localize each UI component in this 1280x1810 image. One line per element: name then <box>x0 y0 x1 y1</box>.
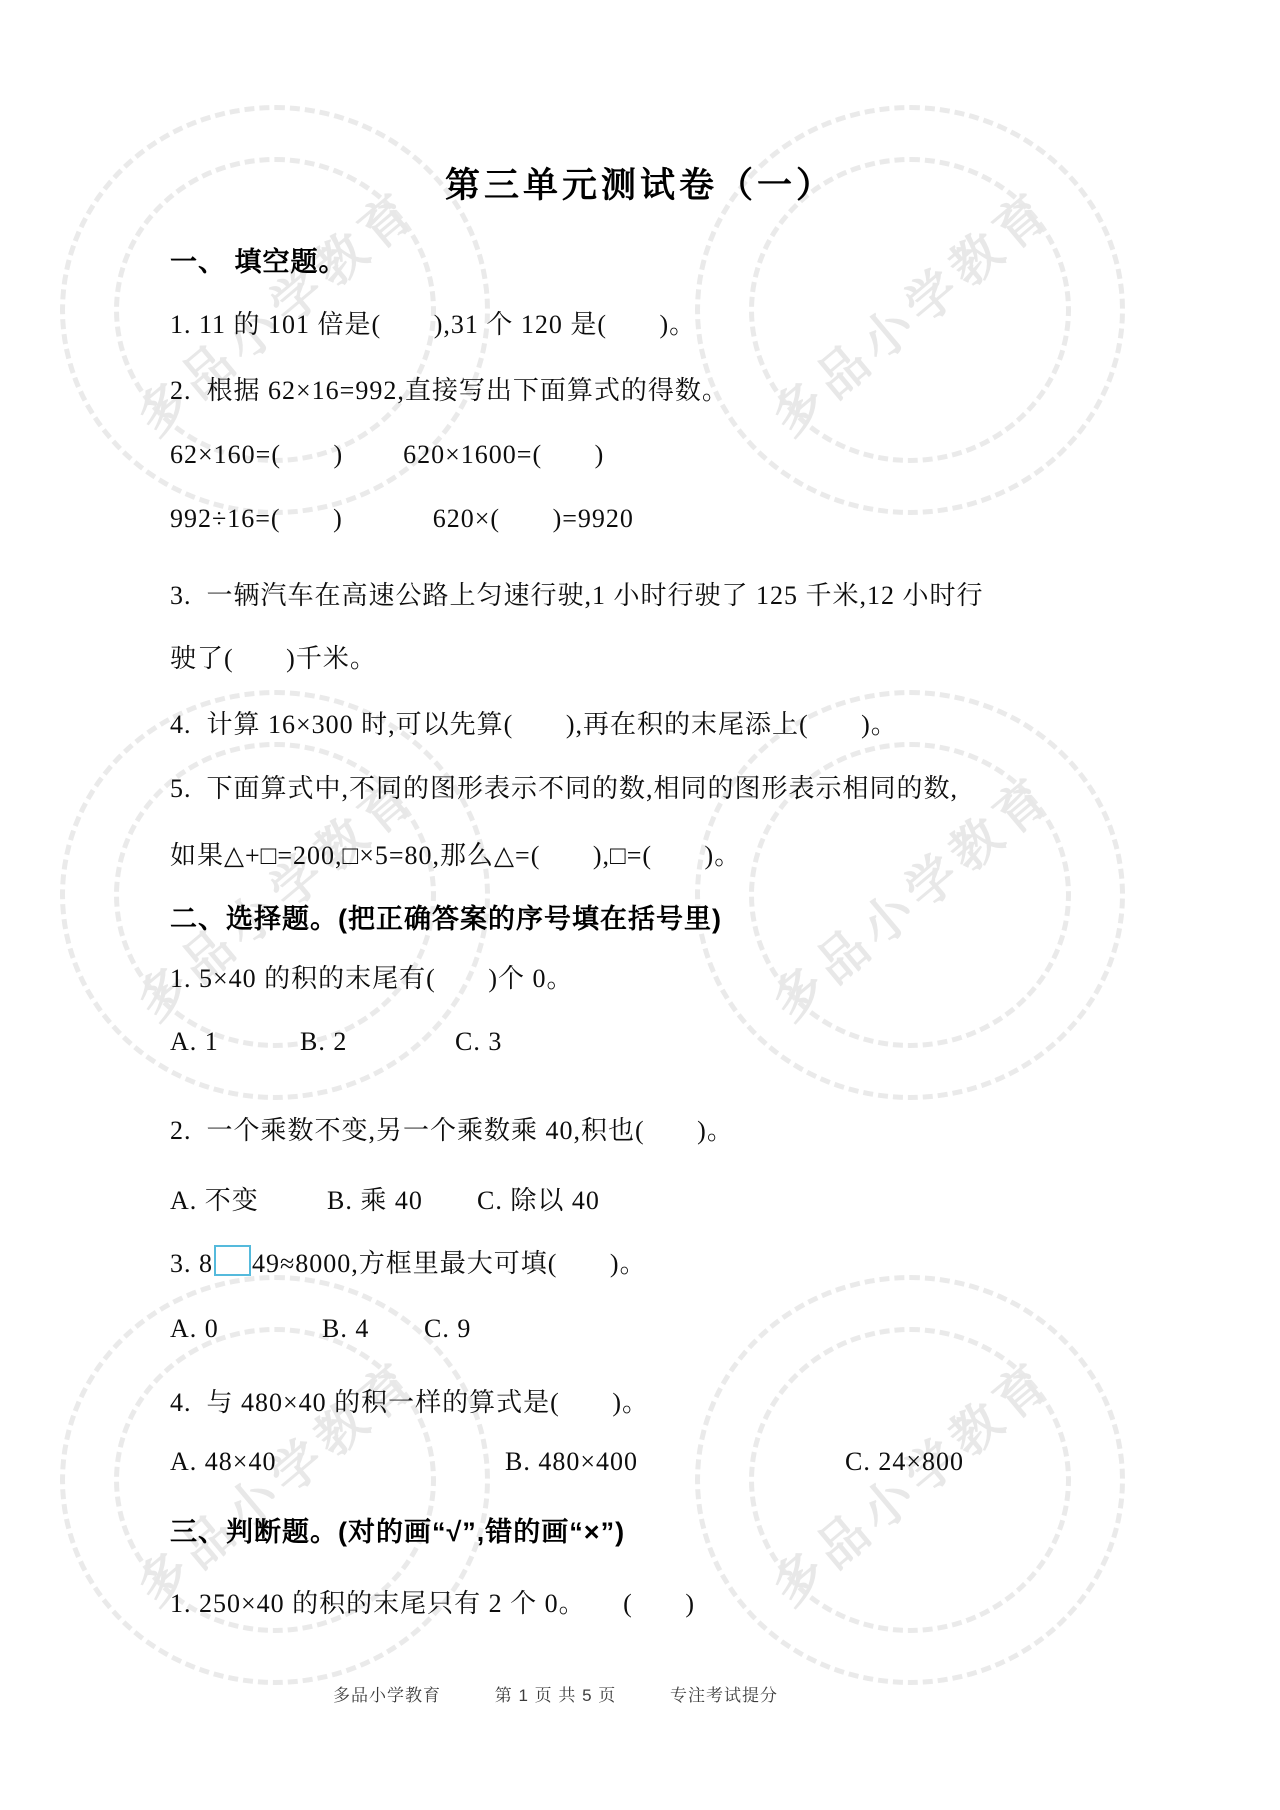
choice-q1: 1. 5×40 的积的末尾有( )个 0。 <box>170 958 573 995</box>
section-1-heading: 一、 填空题。 <box>170 240 347 279</box>
choice-q4-options: A. 48×40 B. 480×400 C. 24×800 <box>0 1447 1280 1483</box>
option-c: C. 3 <box>455 1027 502 1057</box>
fill-q2-line2: 992÷16=( ) 620×( )=9920 <box>170 504 634 534</box>
option-c: C. 9 <box>424 1314 471 1344</box>
option-a: A. 1 <box>170 1027 219 1057</box>
option-b: B. 乘 40 <box>327 1180 423 1217</box>
answer-box <box>214 1245 251 1276</box>
choice-q1-options: A. 1 B. 2 C. 3 <box>0 1027 1280 1063</box>
option-c: C. 24×800 <box>845 1447 964 1477</box>
fill-q4: 4. 计算 16×300 时,可以先算( ),再在积的末尾添上( )。 <box>170 704 898 741</box>
fill-q1: 1. 11 的 101 倍是( ),31 个 120 是( )。 <box>170 304 696 341</box>
fill-q2-line1: 62×160=( ) 620×1600=( ) <box>170 440 604 470</box>
footer-page-info: 第 1 页 共 5 页 <box>495 1681 617 1706</box>
doc-title: 第三单元测试卷（一） <box>0 158 1280 208</box>
option-a: A. 不变 <box>170 1180 259 1217</box>
section-3-heading: 三、判断题。(对的画“√”,错的画“×”) <box>170 1510 625 1549</box>
fill-q3-line1: 3. 一辆汽车在高速公路上匀速行驶,1 小时行驶了 125 千米,12 小时行 <box>170 575 984 612</box>
choice-q3: 3. 849≈8000,方框里最大可填( )。 <box>170 1243 647 1280</box>
fill-q2: 2. 根据 62×16=992,直接写出下面算式的得数。 <box>170 370 729 407</box>
footer-slogan: 专注考试提分 <box>670 1681 778 1706</box>
option-b: B. 2 <box>300 1027 347 1057</box>
choice-q3-prefix: 3. 8 <box>170 1249 213 1278</box>
watermark: 多品小学教育 <box>690 90 1130 530</box>
section-2-heading: 二、选择题。(把正确答案的序号填在括号里) <box>170 897 722 936</box>
page-footer: 多品小学教育 第 1 页 共 5 页 专注考试提分 <box>333 1681 778 1706</box>
footer-brand: 多品小学教育 <box>333 1681 441 1706</box>
choice-q4: 4. 与 480×40 的积一样的算式是( )。 <box>170 1382 649 1419</box>
option-a: A. 0 <box>170 1314 219 1344</box>
choice-q2: 2. 一个乘数不变,另一个乘数乘 40,积也( )。 <box>170 1110 734 1147</box>
option-a: A. 48×40 <box>170 1447 276 1477</box>
choice-q3-options: A. 0 B. 4 C. 9 <box>0 1314 1280 1350</box>
fill-q5-line2: 如果△+□=200,□×5=80,那么△=( ),□=( )。 <box>170 835 741 872</box>
judge-q1: 1. 250×40 的积的末尾只有 2 个 0。 ( ) <box>170 1583 695 1620</box>
option-b: B. 4 <box>322 1314 369 1344</box>
watermark-text: 多品小学教育 <box>754 171 1067 450</box>
choice-q3-suffix: 49≈8000,方框里最大可填( )。 <box>252 1249 647 1278</box>
choice-q2-options: A. 不变 B. 乘 40 C. 除以 40 <box>0 1180 1280 1216</box>
fill-q3-line2: 驶了( )千米。 <box>170 638 377 675</box>
fill-q5-line1: 5. 下面算式中,不同的图形表示不同的数,相同的图形表示相同的数, <box>170 768 958 805</box>
document-page: 多品小学教育 多品小学教育 多品小学教育 多品小学教育 多品小学教育 多品小学教… <box>0 0 1280 1810</box>
option-c: C. 除以 40 <box>477 1180 600 1217</box>
option-b: B. 480×400 <box>505 1447 638 1477</box>
